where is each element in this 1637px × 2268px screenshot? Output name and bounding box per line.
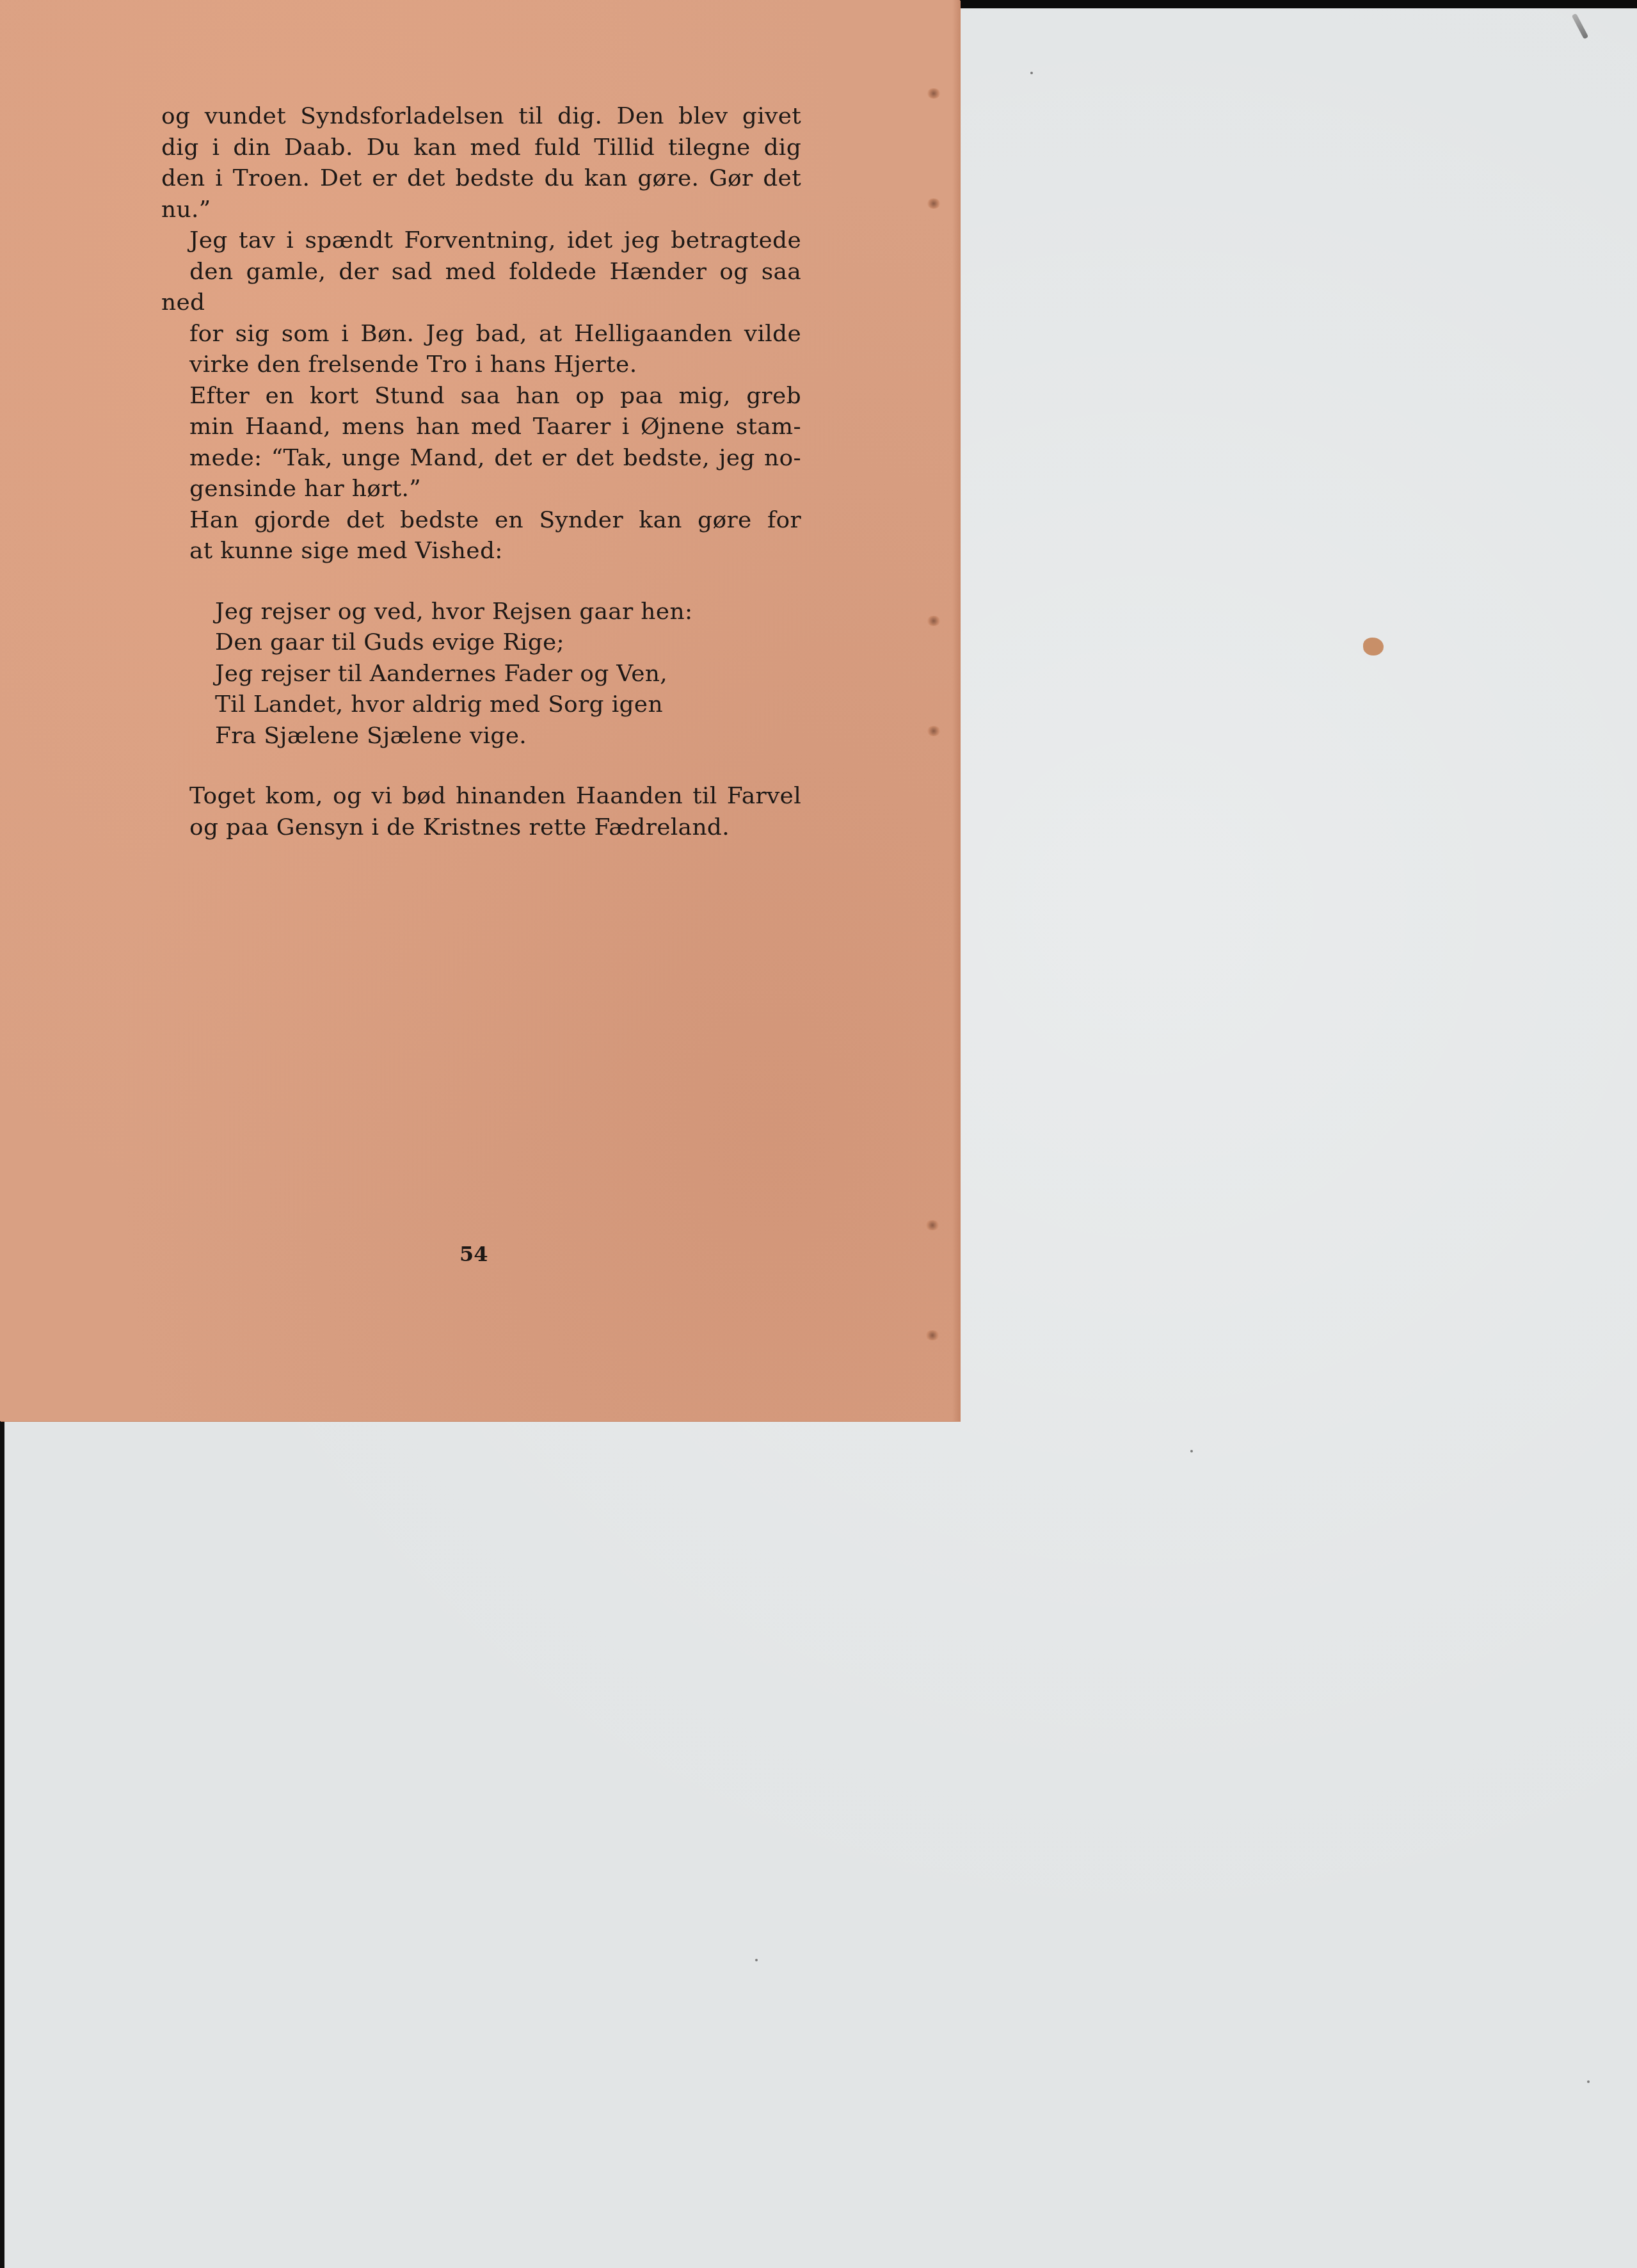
verse-line: Til Landet, hvor aldrig med Sorg igen: [215, 689, 801, 721]
dust-speck: [755, 1959, 758, 1961]
text-line: og vundet Syndsforladelsen til dig. Den …: [161, 101, 801, 133]
scanner-edge-left: [0, 1421, 4, 2268]
text-line: den i Troen. Det er det bedste du kan gø…: [161, 163, 801, 195]
punch-hole: [927, 88, 941, 99]
closing-paragraph: Toget kom, og vi bød hinanden Haanden ti…: [161, 781, 801, 843]
text-line: for sig som i Bøn. Jeg bad, at Helligaan…: [161, 319, 801, 350]
verse-line: Jeg rejser og ved, hvor Rejsen gaar hen:: [215, 597, 801, 628]
text-line: og paa Gensyn i de Kristnes rette Fædrel…: [161, 812, 801, 844]
text-line: Jeg tav i spændt Forventning, idet jeg b…: [161, 225, 801, 257]
dust-speck: [1030, 72, 1033, 74]
punch-hole: [927, 198, 941, 209]
text-line: min Haand, mens han med Taarer i Øjnene …: [161, 412, 801, 443]
scanner-edge-top: [960, 0, 1637, 8]
page-number: 54: [459, 1242, 488, 1266]
dust-speck: [1190, 1450, 1193, 1452]
dust-speck: [1587, 2080, 1590, 2083]
punch-hole: [925, 1220, 939, 1230]
text-line: gensinde har hørt.”: [161, 474, 801, 505]
verse-line: Den gaar til Guds evige Rige;: [215, 627, 801, 659]
book-page: og vundet Syndsforladelsen til dig. Den …: [0, 0, 960, 1421]
text-line: dig i din Daab. Du kan med fuld Tillid t…: [161, 133, 801, 164]
text-line: Han gjorde det bedste en Synder kan gøre…: [161, 505, 801, 536]
body-text: og vundet Syndsforladelsen til dig. Den …: [161, 101, 801, 843]
paragraph: Toget kom, og vi bød hinanden Haanden ti…: [161, 781, 801, 843]
punch-hole: [925, 1330, 939, 1340]
verse-line: Fra Sjælene Sjælene vige.: [215, 721, 801, 752]
text-line: Toget kom, og vi bød hinanden Haanden ti…: [161, 781, 801, 812]
verse-line: Jeg rejser til Aandernes Fader og Ven,: [215, 659, 801, 690]
paper-stain: [1363, 638, 1384, 655]
paragraphs: og vundet Syndsforladelsen til dig. Den …: [161, 101, 801, 567]
paragraph: Jeg tav i spændt Forventning, idet jeg b…: [161, 225, 801, 381]
paragraph: Han gjorde det bedste en Synder kan gøre…: [161, 505, 801, 567]
text-line: mede: “Tak, unge Mand, det er det bedste…: [161, 443, 801, 474]
text-line: den gamle, der sad med foldede Hænder og…: [161, 257, 801, 319]
text-line: Efter en kort Stund saa han op paa mig, …: [161, 381, 801, 412]
verse-stanza: Jeg rejser og ved, hvor Rejsen gaar hen:…: [215, 597, 801, 752]
text-line: virke den frelsende Tro i hans Hjerte.: [161, 350, 801, 381]
text-line: at kunne sige med Vished:: [161, 536, 801, 567]
paragraph: Efter en kort Stund saa han op paa mig, …: [161, 381, 801, 505]
punch-hole: [927, 726, 941, 736]
punch-hole: [927, 616, 941, 626]
paragraph: og vundet Syndsforladelsen til dig. Den …: [161, 101, 801, 225]
text-line: nu.”: [161, 195, 801, 226]
